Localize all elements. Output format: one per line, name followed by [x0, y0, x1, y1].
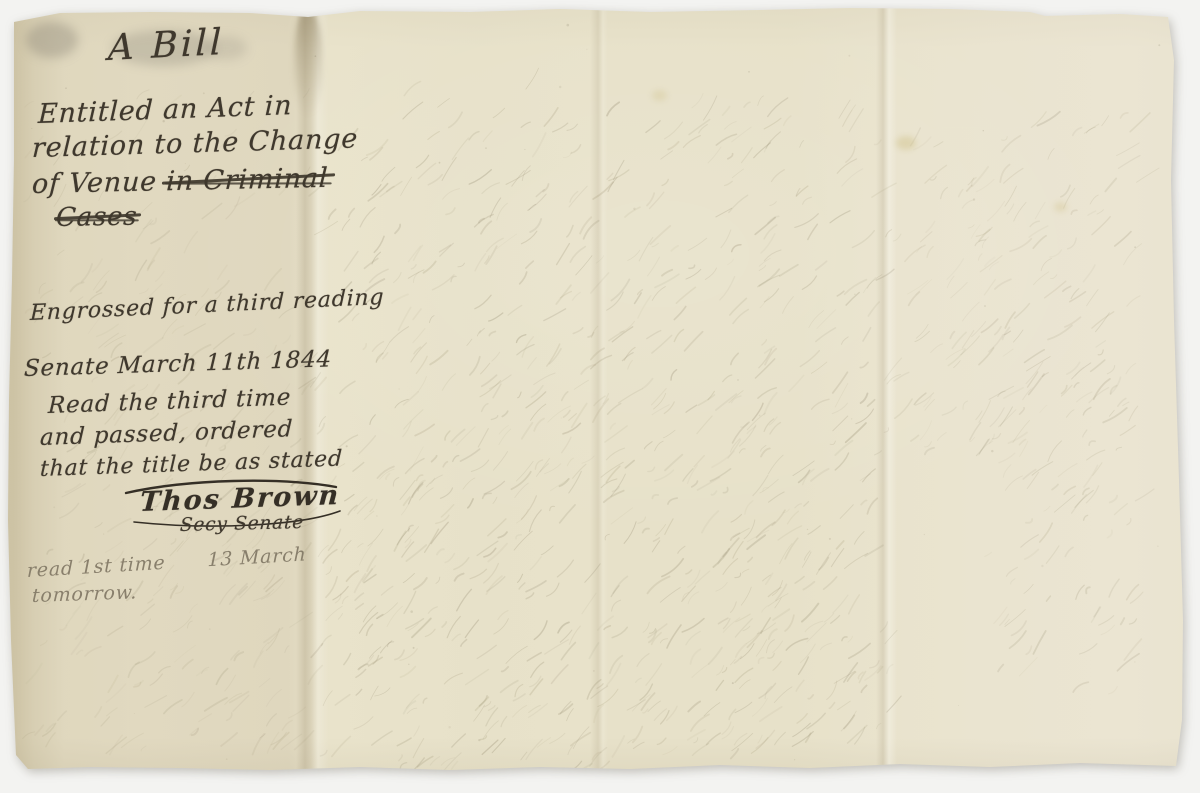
passage-line-2: and passed, ordered	[40, 416, 294, 451]
reading-note-text: read 1st time	[27, 552, 166, 582]
fold-crease-1	[296, 0, 330, 793]
struck-text-1: in Criminal	[166, 163, 329, 197]
paper-stain	[1054, 202, 1067, 212]
reading-note-line-1: read 1st time13 March	[27, 543, 307, 582]
paper-stain	[652, 90, 667, 101]
paper-shadow: A Bill Entitled an Act in relation to th…	[0, 0, 1200, 793]
reading-note-line-2: tomorrow.	[32, 581, 138, 607]
passage-line-1: Read the third time	[48, 384, 292, 419]
paper-stain	[896, 136, 916, 150]
entitled-line-3: of Venue in Criminal	[31, 163, 329, 200]
document-paper: A Bill Entitled an Act in relation to th…	[0, 0, 1200, 793]
fold-crease-top-smudge	[294, 8, 322, 116]
senate-date-line: Senate March 11th 1844	[23, 346, 332, 382]
fold-crease-3	[876, 0, 898, 793]
reading-note-date: 13 March	[207, 543, 306, 571]
entitled-line-3-text: of Venue	[31, 166, 167, 200]
signature: Thos Brown	[139, 480, 341, 518]
passage-line-3: that the title be as stated	[40, 446, 344, 482]
entitled-line-4: Cases	[55, 202, 138, 233]
ink-smudge	[26, 22, 78, 58]
engrossed-note: Engrossed for a third reading	[30, 285, 385, 326]
struck-text-2: Cases	[55, 202, 138, 233]
fold-crease-2	[590, 0, 608, 793]
scan-background: A Bill Entitled an Act in relation to th…	[0, 0, 1200, 793]
signature-title: Secy Senate	[179, 512, 304, 536]
entitled-line-2: relation to the Change	[31, 123, 358, 164]
bill-heading: A Bill	[108, 22, 225, 69]
entitled-line-1: Entitled an Act in	[37, 90, 292, 130]
